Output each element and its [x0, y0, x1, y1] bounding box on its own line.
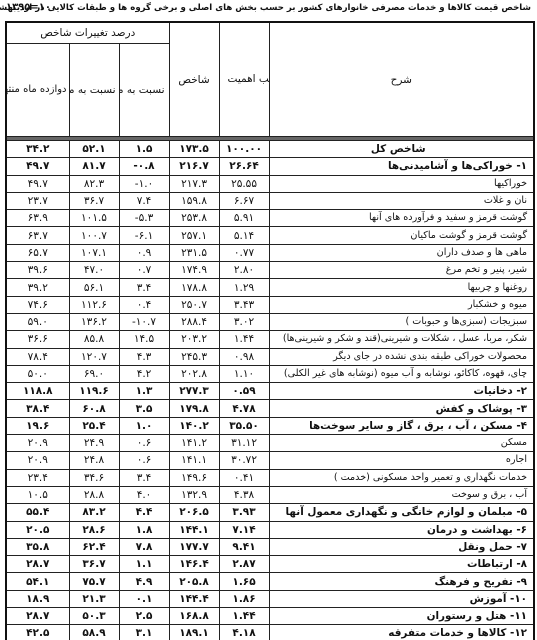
table-body: ۳۴.۲۵۲.۱۱.۵۱۷۳.۵۱۰۰.۰۰شاخص کل۴۹.۷۸۱.۷-۰.…	[6, 141, 534, 640]
index-value-cell: ۲۰۳.۲	[169, 331, 219, 348]
mom-change-cell: ۲.۵	[119, 608, 169, 625]
description-cell: آب ، برق و سوخت	[269, 486, 534, 503]
weight-cell: ۵.۹۱	[219, 210, 269, 227]
weight-cell: ۰.۹۸	[219, 348, 269, 365]
index-value-cell: ۱۴۰.۲	[169, 417, 219, 434]
weight-cell: ۳۵.۵۰	[219, 417, 269, 434]
table-row: ۲۰.۹۲۴.۸۰.۶۱۴۱.۱۳۰.۷۲اجاره	[6, 452, 534, 469]
mom-change-cell: ۰.۷	[119, 262, 169, 279]
mom-change-cell: ۳.۴	[119, 469, 169, 486]
description-cell: ۹- تفریح و فرهنگ	[269, 573, 534, 590]
twelve-month-column-header: دوازده ماه منتهی به ماه جاری نسبت به دور…	[6, 44, 69, 137]
yoy-change-cell: ۱۳۶.۲	[69, 313, 119, 330]
weight-cell: ۲.۸۰	[219, 262, 269, 279]
mom-change-cell: -۱۰.۷	[119, 313, 169, 330]
index-value-cell: ۱۷۹.۸	[169, 400, 219, 417]
description-cell: ۸- ارتباطات	[269, 556, 534, 573]
index-value-cell: ۱۴۴.۱	[169, 521, 219, 538]
twelve-month-change-cell: ۲۰.۵	[6, 521, 69, 538]
table-row: ۲۰.۵۲۸.۶۱.۸۱۴۴.۱۷.۱۴۶- بهداشت و درمان	[6, 521, 534, 538]
weight-cell: ۵.۱۴	[219, 227, 269, 244]
mom-change-cell: -۶.۱	[119, 227, 169, 244]
twelve-month-change-cell: ۷۴.۶	[6, 296, 69, 313]
twelve-month-change-cell: ۳۶.۶	[6, 331, 69, 348]
twelve-month-change-cell: ۳۸.۴	[6, 400, 69, 417]
table-row: ۳۹.۶۴۷.۰۰.۷۱۷۴.۹۲.۸۰شیر، پنیر و تخم مرغ	[6, 262, 534, 279]
description-cell: ۴- مسکن ، آب ، برق ، گاز و سایر سوخت‌ها	[269, 417, 534, 434]
mom-change-cell: ۴.۴	[119, 504, 169, 521]
index-value-cell: ۲۵۳.۸	[169, 210, 219, 227]
mom-change-cell: ۱.۱	[119, 556, 169, 573]
description-cell: ۶- بهداشت و درمان	[269, 521, 534, 538]
index-value-cell: ۱۴۴.۴	[169, 590, 219, 607]
index-value-cell: ۲۵۰.۷	[169, 296, 219, 313]
report-title: شاخص قیمت کالاها و خدمات مصرفی خانوارهای…	[0, 3, 531, 13]
table-row: ۵۴.۱۷۵.۷۴.۹۲۰۵.۸۱.۶۵۹- تفریح و فرهنگ	[6, 573, 534, 590]
table-row: ۴۹.۷۸۱.۷-۰.۸۲۱۶.۷۲۶.۶۴۱- خوراکی‌ها و آشا…	[6, 158, 534, 175]
twelve-month-change-cell: ۱۱۸.۸	[6, 383, 69, 400]
description-cell: نان و غلات	[269, 192, 534, 209]
index-value-cell: ۲۷۷.۳	[169, 383, 219, 400]
twelve-month-change-cell: ۲۸.۷	[6, 608, 69, 625]
yoy-change-cell: ۸۵.۸	[69, 331, 119, 348]
weight-cell: ۷.۱۴	[219, 521, 269, 538]
twelve-month-change-cell: ۴۹.۷	[6, 158, 69, 175]
yoy-change-cell: ۱۲۰.۷	[69, 348, 119, 365]
description-cell: ۵- مبلمان و لوازم خانگی و نگهداری معمول …	[269, 504, 534, 521]
weight-cell: ۳.۹۳	[219, 504, 269, 521]
weight-cell: ۱.۸۶	[219, 590, 269, 607]
yoy-change-cell: ۵۸.۹	[69, 625, 119, 640]
mom-change-cell: ۰.۶	[119, 452, 169, 469]
weight-cell: ۰.۷۷	[219, 244, 269, 261]
yoy-change-cell: ۸۲.۳	[69, 175, 119, 192]
twelve-month-change-cell: ۵۹.۰	[6, 313, 69, 330]
mom-change-cell: ۰.۱	[119, 590, 169, 607]
yoy-change-cell: ۶۹.۰	[69, 365, 119, 382]
index-value-cell: ۱۴۱.۱	[169, 452, 219, 469]
table-row: ۴۹.۷۸۲.۳-۱.۰۲۱۷.۳۲۵.۵۵خوراکیها	[6, 175, 534, 192]
description-cell: گوشت قرمز و گوشت ماکیان	[269, 227, 534, 244]
mom-change-cell: ۱۴.۵	[119, 331, 169, 348]
weight-cell: ۴.۳۸	[219, 486, 269, 503]
twelve-month-change-cell: ۵۰.۰	[6, 365, 69, 382]
index-value-cell: ۲۴۵.۳	[169, 348, 219, 365]
weight-cell: ۱.۶۵	[219, 573, 269, 590]
description-cell: روغنها و چربیها	[269, 279, 534, 296]
table-row: ۱۸.۹۲۱.۳۰.۱۱۴۴.۴۱.۸۶۱۰- آموزش	[6, 590, 534, 607]
index-value-cell: ۲۰۲.۸	[169, 365, 219, 382]
table-row: ۳۴.۲۵۲.۱۱.۵۱۷۳.۵۱۰۰.۰۰شاخص کل	[6, 141, 534, 158]
index-value-cell: ۱۷۸.۸	[169, 279, 219, 296]
mom-change-cell: ۷.۸	[119, 538, 169, 555]
yoy-change-cell: ۸۳.۲	[69, 504, 119, 521]
description-cell: مسکن	[269, 435, 534, 452]
table-row: ۲۸.۷۵۰.۳۲.۵۱۶۸.۸۱.۴۴۱۱- هتل و رستوران	[6, 608, 534, 625]
yoy-change-cell: ۶۲.۴	[69, 538, 119, 555]
index-value-cell: ۲۱۷.۳	[169, 175, 219, 192]
index-value-cell: ۱۷۷.۷	[169, 538, 219, 555]
twelve-month-change-cell: ۲۳.۴	[6, 469, 69, 486]
yoy-change-cell: ۴۷.۰	[69, 262, 119, 279]
yoy-change-cell: ۱۱۹.۶	[69, 383, 119, 400]
twelve-month-change-cell: ۷۸.۴	[6, 348, 69, 365]
weight-column-header: ضریب اهمیت	[219, 22, 269, 137]
mom-change-cell: ۷.۴	[119, 192, 169, 209]
twelve-month-change-cell: ۶۵.۷	[6, 244, 69, 261]
index-value-cell: ۲۰۵.۸	[169, 573, 219, 590]
description-cell: ماهی ها و صدف داران	[269, 244, 534, 261]
description-column-header: شرح	[269, 22, 534, 137]
mom-change-cell: ۰.۹	[119, 244, 169, 261]
index-value-cell: ۱۷۳.۵	[169, 141, 219, 158]
yoy-change-cell: ۵۶.۱	[69, 279, 119, 296]
description-cell: خوراکیها	[269, 175, 534, 192]
yoy-change-cell: ۳۶.۷	[69, 192, 119, 209]
index-value-cell: ۱۴۱.۲	[169, 435, 219, 452]
yoy-change-cell: ۶۰.۸	[69, 400, 119, 417]
weight-cell: ۰.۵۹	[219, 383, 269, 400]
description-cell: شیر، پنیر و تخم مرغ	[269, 262, 534, 279]
mom-change-cell: -۵.۳	[119, 210, 169, 227]
index-value-cell: ۱۴۶.۴	[169, 556, 219, 573]
weight-cell: ۱.۴۴	[219, 608, 269, 625]
weight-cell: ۹.۴۱	[219, 538, 269, 555]
description-cell: محصولات خوراکی طبقه بندی نشده در جای دیگ…	[269, 348, 534, 365]
mom-change-cell: ۰.۴	[119, 296, 169, 313]
weight-cell: ۲۶.۶۴	[219, 158, 269, 175]
table-row: ۶۳.۹۱۰۱.۵-۵.۳۲۵۳.۸۵.۹۱گوشت قرمز و سفید و…	[6, 210, 534, 227]
table-row: ۳۶.۶۸۵.۸۱۴.۵۲۰۳.۲۱.۴۴شکر، مربا، عسل ، شک…	[6, 331, 534, 348]
description-cell: ۷- حمل ونقل	[269, 538, 534, 555]
table-row: ۵۵.۴۸۳.۲۴.۴۲۰۶.۵۳.۹۳۵- مبلمان و لوازم خا…	[6, 504, 534, 521]
twelve-month-change-cell: ۲۰.۹	[6, 435, 69, 452]
yoy-change-cell: ۲۸.۸	[69, 486, 119, 503]
mom-change-cell: -۰.۸	[119, 158, 169, 175]
twelve-month-change-cell: ۵۴.۱	[6, 573, 69, 590]
mom-change-cell: ۴.۹	[119, 573, 169, 590]
table-row: ۶۵.۷۱۰۷.۱۰.۹۲۳۱.۵۰.۷۷ماهی ها و صدف داران	[6, 244, 534, 261]
description-cell: ۱- خوراکی‌ها و آشامیدنی‌ها	[269, 158, 534, 175]
twelve-month-change-cell: ۶۳.۷	[6, 227, 69, 244]
table-row: ۱۰.۵۲۸.۸۴.۰۱۳۲.۹۴.۳۸آب ، برق و سوخت	[6, 486, 534, 503]
yoy-change-cell: ۲۱.۳	[69, 590, 119, 607]
table-row: ۵۰.۰۶۹.۰۴.۲۲۰۲.۸۱.۱۰چای، قهوه، کاکائو، ن…	[6, 365, 534, 382]
yoy-change-cell: ۳۴.۶	[69, 469, 119, 486]
weight-cell: ۲.۸۷	[219, 556, 269, 573]
description-cell: ۱۰- آموزش	[269, 590, 534, 607]
twelve-month-change-cell: ۶۳.۹	[6, 210, 69, 227]
mom-change-cell: ۴.۳	[119, 348, 169, 365]
mom-column-header: نسبت به ماه قبل	[119, 44, 169, 137]
description-cell: ۱۱- هتل و رستوران	[269, 608, 534, 625]
twelve-month-change-cell: ۲۸.۷	[6, 556, 69, 573]
twelve-month-change-cell: ۳۴.۲	[6, 141, 69, 158]
yoy-change-cell: ۱۰۰.۷	[69, 227, 119, 244]
yoy-column-header: نسبت به ماه مشابه سال قبل	[69, 44, 119, 137]
index-value-cell: ۱۵۹.۸	[169, 192, 219, 209]
description-cell: شاخص کل	[269, 141, 534, 158]
twelve-month-change-cell: ۳۵.۸	[6, 538, 69, 555]
twelve-month-change-cell: ۱۰.۵	[6, 486, 69, 503]
index-value-cell: ۲۱۶.۷	[169, 158, 219, 175]
weight-cell: ۱.۴۴	[219, 331, 269, 348]
table-row: ۳۸.۴۶۰.۸۳.۵۱۷۹.۸۴.۷۸۳- پوشاک و کفش	[6, 400, 534, 417]
index-value-cell: ۱۷۴.۹	[169, 262, 219, 279]
table-row: ۷۴.۶۱۱۲.۶۰.۴۲۵۰.۷۳.۴۳میوه و خشکبار	[6, 296, 534, 313]
weight-cell: ۲۵.۵۵	[219, 175, 269, 192]
weight-cell: ۳.۴۳	[219, 296, 269, 313]
yoy-change-cell: ۵۲.۱	[69, 141, 119, 158]
yoy-change-cell: ۵۰.۳	[69, 608, 119, 625]
yoy-change-cell: ۲۸.۶	[69, 521, 119, 538]
index-column-header: شاخص	[169, 22, 219, 137]
yoy-change-cell: ۲۴.۸	[69, 452, 119, 469]
weight-cell: ۱۰۰.۰۰	[219, 141, 269, 158]
mom-change-cell: ۴.۲	[119, 365, 169, 382]
twelve-month-change-cell: ۴۹.۷	[6, 175, 69, 192]
weight-cell: ۴.۷۸	[219, 400, 269, 417]
index-value-cell: ۲۳۱.۵	[169, 244, 219, 261]
cpi-table: درصد تغییرات شاخص شاخص ضریب اهمیت شرح دو…	[5, 21, 535, 640]
mom-change-cell: ۱.۳	[119, 383, 169, 400]
weight-cell: ۱.۲۹	[219, 279, 269, 296]
weight-cell: ۴.۱۸	[219, 625, 269, 640]
mom-change-cell: ۱.۰	[119, 417, 169, 434]
weight-cell: ۳۱.۱۲	[219, 435, 269, 452]
table-row: ۲۸.۷۳۶.۷۱.۱۱۴۶.۴۲.۸۷۸- ارتباطات	[6, 556, 534, 573]
table-row: ۶۳.۷۱۰۰.۷-۶.۱۲۵۷.۱۵.۱۴گوشت قرمز و گوشت م…	[6, 227, 534, 244]
report-header: ۱۳۹۵=۱۰۰ شاخص قیمت کالاها و خدمات مصرفی …	[0, 0, 537, 20]
table-row: ۲۰.۹۲۴.۹۰.۶۱۴۱.۲۳۱.۱۲مسکن	[6, 435, 534, 452]
table-row: ۳۵.۸۶۲.۴۷.۸۱۷۷.۷۹.۴۱۷- حمل ونقل	[6, 538, 534, 555]
description-cell: میوه و خشکبار	[269, 296, 534, 313]
index-value-cell: ۱۴۹.۶	[169, 469, 219, 486]
yoy-change-cell: ۷۵.۷	[69, 573, 119, 590]
mom-change-cell: ۴.۰	[119, 486, 169, 503]
table-row: ۵۹.۰۱۳۶.۲-۱۰.۷۲۸۸.۴۳.۰۲سبزیجات (سبزی‌ها …	[6, 313, 534, 330]
yoy-change-cell: ۱۱۲.۶	[69, 296, 119, 313]
table-row: ۲۳.۷۳۶.۷۷.۴۱۵۹.۸۶.۶۷نان و غلات	[6, 192, 534, 209]
yoy-change-cell: ۲۴.۹	[69, 435, 119, 452]
mom-change-cell: ۳.۴	[119, 279, 169, 296]
mom-change-cell: ۱.۵	[119, 141, 169, 158]
twelve-month-change-cell: ۱۹.۶	[6, 417, 69, 434]
twelve-month-change-cell: ۳۹.۲	[6, 279, 69, 296]
index-value-cell: ۲۸۸.۴	[169, 313, 219, 330]
twelve-month-change-cell: ۲۳.۷	[6, 192, 69, 209]
yoy-change-cell: ۲۵.۴	[69, 417, 119, 434]
description-cell: ۱۲- کالاها و خدمات متفرقه	[269, 625, 534, 640]
yoy-change-cell: ۱۰۱.۵	[69, 210, 119, 227]
table-row: ۷۸.۴۱۲۰.۷۴.۳۲۴۵.۳۰.۹۸محصولات خوراکی طبقه…	[6, 348, 534, 365]
index-value-cell: ۲۵۷.۱	[169, 227, 219, 244]
yoy-change-cell: ۱۰۷.۱	[69, 244, 119, 261]
description-cell: ۳- پوشاک و کفش	[269, 400, 534, 417]
yoy-change-cell: ۸۱.۷	[69, 158, 119, 175]
weight-cell: ۳.۰۲	[219, 313, 269, 330]
twelve-month-change-cell: ۳۹.۶	[6, 262, 69, 279]
twelve-month-change-cell: ۱۸.۹	[6, 590, 69, 607]
index-value-cell: ۲۰۶.۵	[169, 504, 219, 521]
weight-cell: ۶.۶۷	[219, 192, 269, 209]
weight-cell: ۳۰.۷۲	[219, 452, 269, 469]
description-cell: شکر، مربا، عسل ، شکلات و شیرینی(قند و شک…	[269, 331, 534, 348]
index-value-cell: ۱۸۹.۱	[169, 625, 219, 640]
table-row: ۲۳.۴۳۴.۶۳.۴۱۴۹.۶۰.۴۱خدمات نگهداری و تعمی…	[6, 469, 534, 486]
change-percent-group-header: درصد تغییرات شاخص	[6, 22, 169, 44]
table-row: ۳۹.۲۵۶.۱۳.۴۱۷۸.۸۱.۲۹روغنها و چربیها	[6, 279, 534, 296]
index-value-cell: ۱۶۸.۸	[169, 608, 219, 625]
weight-cell: ۱.۱۰	[219, 365, 269, 382]
twelve-month-change-cell: ۲۰.۹	[6, 452, 69, 469]
description-cell: گوشت قرمز و سفید و فرآورده های آنها	[269, 210, 534, 227]
mom-change-cell: -۱.۰	[119, 175, 169, 192]
description-cell: خدمات نگهداری و تعمیر واحد مسکونی (خدمت …	[269, 469, 534, 486]
table-row: ۱۱۸.۸۱۱۹.۶۱.۳۲۷۷.۳۰.۵۹۲- دخانیات	[6, 383, 534, 400]
twelve-month-change-cell: ۵۵.۴	[6, 504, 69, 521]
mom-change-cell: ۱.۸	[119, 521, 169, 538]
mom-change-cell: ۳.۵	[119, 400, 169, 417]
mom-change-cell: ۰.۶	[119, 435, 169, 452]
weight-cell: ۰.۴۱	[219, 469, 269, 486]
description-cell: ۲- دخانیات	[269, 383, 534, 400]
mom-change-cell: ۳.۱	[119, 625, 169, 640]
table-header: درصد تغییرات شاخص شاخص ضریب اهمیت شرح دو…	[6, 22, 534, 141]
description-cell: اجاره	[269, 452, 534, 469]
description-cell: سبزیجات (سبزی‌ها و حبوبات )	[269, 313, 534, 330]
description-cell: چای، قهوه، کاکائو، نوشابه و آب میوه (نوش…	[269, 365, 534, 382]
table-row: ۴۲.۵۵۸.۹۳.۱۱۸۹.۱۴.۱۸۱۲- کالاها و خدمات م…	[6, 625, 534, 640]
yoy-change-cell: ۳۶.۷	[69, 556, 119, 573]
table-row: ۱۹.۶۲۵.۴۱.۰۱۴۰.۲۳۵.۵۰۴- مسکن ، آب ، برق …	[6, 417, 534, 434]
twelve-month-change-cell: ۴۲.۵	[6, 625, 69, 640]
index-value-cell: ۱۳۲.۹	[169, 486, 219, 503]
